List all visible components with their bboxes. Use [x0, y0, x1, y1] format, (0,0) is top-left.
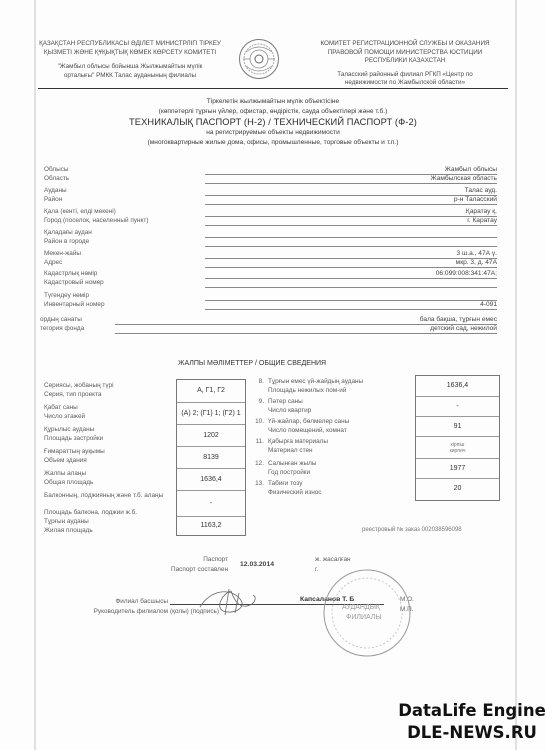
- general-item-number: 8.: [250, 378, 264, 386]
- general-value-cell: (А) 2; (Г1) 1; (Г2) 1: [177, 402, 245, 425]
- field-underline: [205, 300, 497, 301]
- header-left-line: ҚЫЗМЕТІ ЖӘНЕ ҚҰҚЫҚТЫҚ КӨМЕК КӨРСЕТУ КОМИ…: [30, 49, 230, 58]
- field-value-ru: 4-091: [480, 301, 497, 308]
- field-label-ru: Район: [44, 196, 62, 204]
- general-label-kz: Салынған жылы: [268, 460, 316, 468]
- field-label-kz: ордың санаты: [40, 316, 82, 324]
- general-label-ru: Физический износ: [268, 489, 322, 497]
- field-underline: [205, 237, 497, 238]
- field-label-kz: Кадастрлық нөмір: [44, 270, 97, 278]
- general-label-ru: Серия, тип проекта: [44, 391, 101, 399]
- field-value-kz: Жамбыл облысы: [445, 166, 497, 173]
- wall-material-ru: кирпич: [450, 448, 466, 454]
- field-label-ru: Инвентарный номер: [44, 301, 105, 309]
- general-item-number: 10.: [250, 418, 264, 426]
- head-label-kz: Филиал басшысы: [60, 598, 168, 606]
- watermark-line: DataLife Engine: [398, 700, 546, 722]
- general-value-cell: А, Г1, Г2: [177, 380, 245, 402]
- general-value-cell: -: [416, 396, 499, 417]
- general-left-values-table: А, Г1, Г2(А) 2; (Г1) 1; (Г2) 11202813916…: [176, 379, 246, 536]
- general-item-number: 11.: [250, 438, 264, 446]
- general-value-cell: -: [177, 490, 245, 517]
- field-underline: [205, 216, 497, 217]
- header-right-line: недвижимости по Жамбылской области»: [290, 79, 520, 88]
- general-label-kz: Сериясы, жобаның түрі: [44, 382, 174, 390]
- stamp-text: ФИЛИАЛЫ: [346, 614, 382, 622]
- general-label-ru: Объем здания: [44, 457, 87, 465]
- general-item-number: 9.: [250, 398, 264, 406]
- watermark: DataLife Engine DLE-NEWS.RU: [398, 700, 546, 744]
- field-value-kz: 3 ш.а., 47А ү.: [457, 250, 497, 257]
- header-right-line: КОМИТЕТ РЕГИСТРАЦИОННОЙ СЛУЖБЫ И ОКАЗАНИ…: [290, 40, 520, 49]
- field-label-ru: Кадастровый номер: [44, 279, 104, 287]
- field-underline: [205, 225, 497, 226]
- stamp-text: АУДАНДЫҚ: [342, 604, 380, 612]
- field-underline: [115, 333, 497, 334]
- page-title: ТЕХНИКАЛЫҚ ПАСПОРТ (Н-2) / ТЕХНИЧЕСКИЙ П…: [0, 117, 546, 128]
- header-right: КОМИТЕТ РЕГИСТРАЦИОННОЙ СЛУЖБЫ И ОКАЗАНИ…: [290, 40, 520, 88]
- general-value-cell: 1202: [177, 424, 245, 447]
- signature-scribble: [195, 585, 265, 620]
- field-value-kz: Қаратау қ.: [466, 208, 497, 215]
- title-block: Тіркелетін жылжымайтын мүлік объектісіне…: [0, 97, 546, 148]
- general-label-ru: Число квартир: [268, 407, 311, 415]
- field-label-ru: Область: [44, 175, 69, 183]
- passport-label-ru: Паспорт составлен: [100, 566, 228, 574]
- title-kz-line: Тіркелетін жылжымайтын мүлік объектісіне: [0, 97, 546, 107]
- header-right-line: Таласский районный филиал РГКП «Центр по: [290, 71, 520, 80]
- field-label-ru: Район в городе: [44, 238, 89, 246]
- header-divider: [38, 88, 508, 89]
- field-underline: [205, 258, 497, 259]
- passport-date: 12.03.2014: [240, 561, 274, 569]
- general-label-kz: Ғимараттың ауқымы: [44, 448, 174, 456]
- general-value-cell: кірпішкирпич: [416, 436, 499, 459]
- field-label-kz: Қала (кенті, елді мекені): [44, 208, 116, 216]
- general-value-cell: 8139: [177, 446, 245, 469]
- field-value-kz: Талас ауд.: [465, 187, 497, 194]
- general-value-cell: 1636,4: [177, 468, 245, 491]
- general-value-cell: 1636,4: [416, 376, 499, 396]
- general-label-kz: Үй-жайлар, бөлмелер саны: [268, 418, 349, 426]
- field-label-ru: Город (поселок, населенный пункт): [44, 217, 148, 225]
- general-label-kz: Қабырға материалы: [268, 438, 328, 446]
- field-label-kz: Мекен-жайы: [44, 250, 81, 258]
- general-label-ru: Год постройки: [268, 469, 310, 477]
- general-label-ru: Общая площадь: [44, 479, 93, 487]
- field-label-kz: Түгендеу нөмір: [44, 292, 89, 300]
- field-underline: [205, 278, 497, 279]
- field-label-ru: Адрес: [44, 259, 62, 267]
- general-heading: ЖАЛПЫ МӘЛІМЕТТЕР / ОБЩИЕ СВЕДЕНИЯ: [178, 360, 326, 368]
- field-value-kz: 06:099:008:341:47А;: [436, 270, 497, 277]
- field-value-kz: бала бақша, тұрғын емес: [420, 316, 497, 323]
- general-item-number: 13.: [250, 480, 264, 488]
- general-value-cell: 20: [416, 478, 499, 499]
- general-value-cell: 91: [416, 416, 499, 437]
- field-value-ru: Жамбылская область: [431, 175, 497, 182]
- general-label-ru: Жилая площадь: [44, 527, 93, 535]
- field-underline: [205, 309, 497, 310]
- general-label-kz: Балконның, лоджияның және т.б. алаңы: [44, 492, 174, 500]
- title-ru-line: на регистрируемые объекты недвижимости: [0, 128, 546, 138]
- field-label-kz: Облысы: [44, 166, 68, 174]
- watermark-line: DLE-NEWS.RU: [398, 722, 546, 744]
- general-label-ru: Число этажей: [44, 413, 85, 421]
- general-label-kz: Жалпы алаңы: [44, 470, 174, 478]
- general-label-kz: Тұрғын ауданы: [44, 518, 174, 526]
- field-value-ru: детский сад, нежилой: [430, 325, 497, 332]
- field-underline: [205, 204, 497, 205]
- general-label-kz: Құрылыс ауданы: [44, 426, 174, 434]
- field-label-kz: Қаладағы аудан: [44, 229, 92, 237]
- header-left-line: орталығы" РМКК Талас ауданының филиалы: [30, 72, 230, 81]
- general-label-kz: Тұрғын емес үй-жайдың ауданы: [268, 378, 363, 386]
- registry-number: реестровый № заказ 002038596098: [362, 526, 462, 534]
- header-left: ҚАЗАҚСТАН РЕСПУБЛИКАСЫ ӘДІЛЕТ МИНИСТРЛІГ…: [30, 40, 230, 80]
- general-value-cell: 1163,2: [177, 516, 245, 536]
- general-label-ru: Площадь нежилых пом-ий: [268, 387, 346, 395]
- general-label-kz: Табиғи тозу: [268, 480, 302, 488]
- title-kz-subline: (көппәтерлі тұрғын үйлер, офистар, өндір…: [0, 107, 546, 117]
- general-label-ru: Материал стен: [268, 447, 313, 455]
- passport-label-kz: Паспорт: [148, 556, 228, 564]
- general-label-kz: Қабат саны: [44, 404, 174, 412]
- field-value-ru: р-н Таласский: [454, 196, 497, 203]
- field-value-ru: мкр. 3, д. 47А: [456, 259, 497, 266]
- general-label-ru: Число помещений, комнат: [268, 427, 347, 435]
- header-left-line: ҚАЗАҚСТАН РЕСПУБЛИКАСЫ ӘДІЛЕТ МИНИСТРЛІГ…: [30, 40, 230, 49]
- header-left-line: "Жамбыл облысы бойынша Жылжымайтын мүлік: [30, 63, 230, 72]
- year-label-ru: г.: [315, 566, 318, 574]
- field-label-ru: тегория фонда: [40, 325, 84, 333]
- general-value-cell: 1977: [416, 458, 499, 479]
- field-label-kz: Ауданы: [44, 187, 67, 195]
- header-right-line: ПРАВОВОЙ ПОМОЩИ МИНИСТЕРСТВА ЮСТИЦИИ: [290, 49, 520, 58]
- header-right-line: РЕСПУБЛИКИ КАЗАХСТАН: [290, 57, 520, 66]
- general-label-kz: Пәтер саны: [268, 398, 303, 406]
- field-underline: [205, 267, 497, 268]
- official-stamp: АУДАНДЫҚ ФИЛИАЛЫ: [322, 568, 412, 658]
- head-label-ru: Руководитель филиалом: [30, 608, 168, 616]
- general-right-values-table: 1636,4-91кірпішкирпич197720: [415, 375, 500, 501]
- field-underline: [205, 246, 497, 247]
- title-ru-subline: (многоквартирные жилые дома, офисы, пром…: [0, 138, 546, 148]
- field-underline: [205, 287, 497, 288]
- state-emblem-icon: [238, 38, 280, 80]
- field-value-ru: г. Каратау: [467, 217, 497, 224]
- general-label-ru: Площадь балкона, лоджии ж.б.: [44, 509, 137, 517]
- year-label-kz: ж. жасалған: [315, 556, 351, 564]
- field-underline: [205, 183, 497, 184]
- general-label-ru: Площадь застройки: [44, 435, 103, 443]
- general-item-number: 12.: [250, 460, 264, 468]
